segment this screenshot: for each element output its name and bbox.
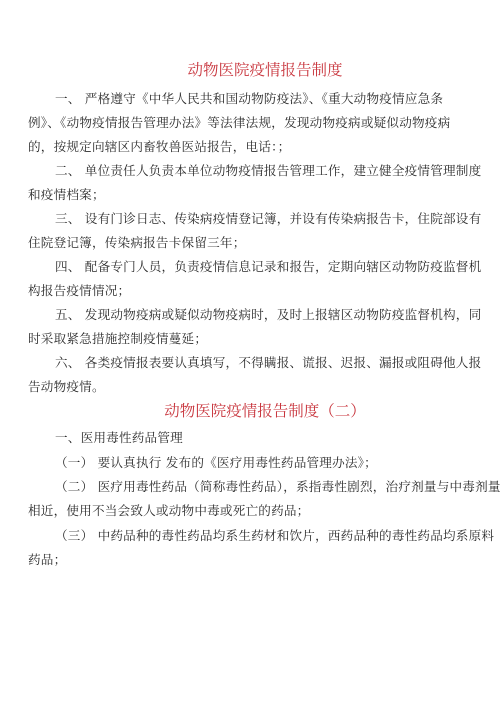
section1-title: 动物医院疫情报告制度 xyxy=(0,60,500,80)
paragraph-line: 时采取紧急措施控制疫情蔓延； xyxy=(28,331,207,347)
paragraph-line: 住院登记簿，传染病报告卡保留三年； xyxy=(28,235,246,251)
paragraph-line: 四、 配备专门人员，负责疫情信息记录和报告，定期向辖区动物防疫监督机 xyxy=(55,259,481,275)
paragraph-line: 一、医用毒性药品管理 xyxy=(55,430,183,446)
paragraph-line: 的，按规定向辖区内畜牧兽医站报告，电话：； xyxy=(28,139,290,155)
paragraph-line: 药品； xyxy=(28,552,66,568)
paragraph-line: 告动物疫情。 xyxy=(28,379,105,395)
paragraph-line: 一、 严格遵守《中华人民共和国动物防疫法》、《重大动物疫情应急条 xyxy=(55,91,443,107)
paragraph-line: 例》、《动物疫情报告管理办法》等法律法规，发现动物疫病或疑似动物疫病 xyxy=(28,115,450,131)
paragraph-line: （一） 要认真执行 发布的《医疗用毒性药品管理办法》； xyxy=(55,455,377,471)
paragraph-line: 三、 设有门诊日志、传染病疫情登记簿，并设有传染病报告卡，住院部设有 xyxy=(55,211,481,227)
paragraph-line: 和疫情档案； xyxy=(28,187,105,203)
paragraph-line: 五、 发现动物疫病或疑似动物疫病时，及时上报辖区动物防疫监督机构，同 xyxy=(55,307,481,323)
paragraph-line: （三） 中药品种的毒性药品均系生药材和饮片，西药品种的毒性药品均系原料 xyxy=(55,528,494,544)
paragraph-line: 相近，使用不当会致人或动物中毒或死亡的药品； xyxy=(28,503,309,519)
section2-title: 动物医院疫情报告制度（二） xyxy=(0,401,500,421)
paragraph-line: （二） 医疗用毒性药品（简称毒性药品），系指毒性剧烈，治疗剂量与中毒剂量 xyxy=(55,479,500,495)
paragraph-line: 六、 各类疫情报表要认真填写，不得瞒报、谎报、迟报、漏报或阻碍他人报 xyxy=(55,355,481,371)
paragraph-line: 二、 单位责任人负责本单位动物疫情报告管理工作，建立健全疫情管理制度 xyxy=(55,163,481,179)
document-page: 动物医院疫情报告制度 一、 严格遵守《中华人民共和国动物防疫法》、《重大动物疫情… xyxy=(0,0,500,707)
paragraph-line: 构报告疫情情况； xyxy=(28,283,130,299)
